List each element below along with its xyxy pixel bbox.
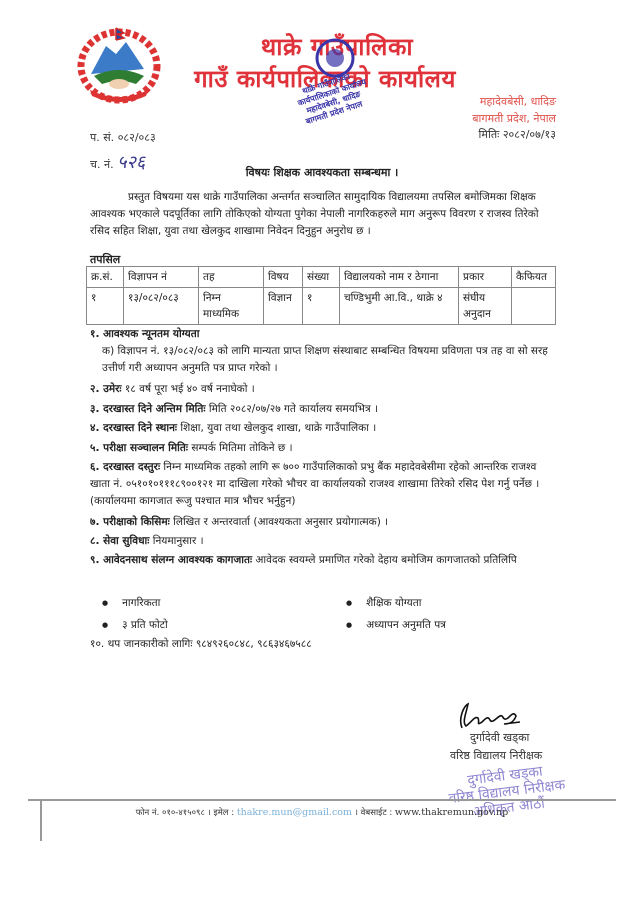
signature-icon bbox=[454, 700, 524, 734]
table-cell bbox=[512, 288, 556, 325]
contact-label: १०. थप जानकारीको लागिः bbox=[90, 638, 192, 650]
table-heading: तपसिल bbox=[90, 252, 120, 267]
office-address-line1: महादेवबेसी, धादिङ bbox=[480, 94, 556, 109]
table-header-row: क्र.सं. विज्ञापन नं तह विषय संख्या विद्य… bbox=[87, 267, 556, 288]
table-cell: चण्डिभुमी आ.वि., थाक्रे ४ bbox=[340, 288, 459, 325]
item-label: ८. सेवा सुविधाः bbox=[90, 535, 149, 547]
item-text: मिति २०८२/०७/२७ गते कार्यालय समयभित्र । bbox=[209, 403, 378, 415]
column-header: कैफियत bbox=[512, 267, 556, 288]
column-header: तह bbox=[199, 267, 264, 288]
item-exam-type: ७. परीक्षाको किसिमः लिखित र अन्तरवार्ता … bbox=[90, 514, 552, 531]
item-label: ३. दरखास्त दिने अन्तिम मितिः bbox=[90, 403, 206, 415]
item-label: ९. आवेदनसाथ संलग्न आवश्यक कागजातः bbox=[90, 554, 252, 566]
table-cell: संघीय अनुदान bbox=[459, 288, 512, 325]
table-cell: १ bbox=[87, 288, 124, 325]
table-cell: १ bbox=[303, 288, 340, 325]
document-list-item: शैक्षिक योग्यता bbox=[346, 596, 421, 610]
item-label: ४. दरखास्त दिने स्थानः bbox=[90, 422, 177, 434]
item-exam-date: ५. परीक्षा सञ्चालन मितिः सम्पर्क मितिमा … bbox=[90, 440, 552, 457]
office-stamp-icon: थाक्रे गाउँपालिका कार्यपालिकाको कार्यालय… bbox=[290, 36, 380, 126]
footer-email-label: इमेल : bbox=[214, 808, 235, 818]
footer-divider bbox=[28, 799, 616, 801]
item-fee: ६. दरखास्त दस्तुरः निम्न माध्यमिक तहको ल… bbox=[90, 459, 552, 510]
table-cell: निम्न माध्यमिक bbox=[199, 288, 264, 325]
intro-paragraph: प्रस्तुत विषयमा यस थाक्रे गाउँपालिका अन्… bbox=[90, 189, 552, 240]
ref-label: प. सं. bbox=[90, 131, 114, 144]
reference-number: प. सं. ०८२/०८३ bbox=[90, 130, 156, 145]
footer-email-link[interactable]: thakre.mun@gmail.com bbox=[237, 807, 352, 818]
item-benefits: ८. सेवा सुविधाः नियमानुसार । bbox=[90, 533, 552, 550]
item-deadline: ३. दरखास्त दिने अन्तिम मितिः मिति २०८२/०… bbox=[90, 401, 552, 418]
date-value: २०८२/०७/१३ bbox=[503, 128, 556, 141]
item-text: १८ वर्ष पूरा भई ४० वर्ष ननाघेको । bbox=[125, 383, 255, 395]
document-list-item: अध्यापन अनुमति पत्र bbox=[346, 618, 446, 632]
office-address-line2: बागमती प्रदेश, नेपाल bbox=[472, 111, 556, 126]
item-age: २. उमेरः १८ वर्ष पूरा भई ४० वर्ष ननाघेको… bbox=[90, 381, 552, 398]
column-header: विज्ञापन नं bbox=[124, 267, 199, 288]
column-header: क्र.सं. bbox=[87, 267, 124, 288]
footer-website-label: । वेबसाईट : bbox=[355, 808, 392, 818]
vacancy-table: क्र.सं. विज्ञापन नं तह विषय संख्या विद्य… bbox=[86, 266, 556, 325]
item-location: ४. दरखास्त दिने स्थानः शिक्षा, युवा तथा … bbox=[90, 420, 552, 437]
column-header: विषय bbox=[264, 267, 303, 288]
ref-value: ०८२/०८३ bbox=[118, 131, 156, 144]
item-text: लिखित र अन्तरवार्ता (आवश्यकता अनुसार प्र… bbox=[173, 516, 388, 528]
item-label: २. उमेरः bbox=[90, 383, 122, 395]
item-text: नियमानुसार । bbox=[153, 535, 204, 547]
item-text: आवेदक स्वयम्ले प्रमाणित गरेको देहाय बमोज… bbox=[255, 554, 516, 566]
item-documents: ९. आवेदनसाथ संलग्न आवश्यक कागजातः आवेदक … bbox=[90, 552, 552, 569]
item-label: क) bbox=[102, 345, 114, 357]
item-qualification-a: क) विज्ञापन नं. १३/०८२/०८३ को लागि मान्य… bbox=[102, 343, 552, 377]
column-header: संख्या bbox=[303, 267, 340, 288]
contact-phones: ९८४९२६०८४८, ९८६३४६७५८८ bbox=[196, 638, 312, 650]
table-row: १ १३/०८२/०८३ निम्न माध्यमिक विज्ञान १ चण… bbox=[87, 288, 556, 325]
item-label: ५. परीक्षा सञ्चालन मितिः bbox=[90, 442, 188, 454]
letter-subject: विषयः शिक्षक आवश्यकता सम्बन्धमा । bbox=[0, 165, 644, 180]
document-list-item: ३ प्रति फोटो bbox=[102, 618, 168, 632]
document-list-item: नागरिकता bbox=[102, 596, 160, 610]
table-cell: १३/०८२/०८३ bbox=[124, 288, 199, 325]
item-text: शिक्षा, युवा तथा खेलकुद शाखा, थाक्रे गाउ… bbox=[180, 422, 376, 434]
footer-contact: फोन नं. ०१०-४१५०९८ । इमेल : thakre.mun@g… bbox=[0, 807, 644, 818]
column-header: प्रकार bbox=[459, 267, 512, 288]
signatory-name: दुर्गादेवी खड्का bbox=[470, 730, 529, 745]
date-label: मितिः bbox=[479, 128, 500, 141]
item-label: ७. परीक्षाको किसिमः bbox=[90, 516, 170, 528]
item-qualification: १. आवश्यक न्यूनतम योग्यता bbox=[90, 326, 552, 343]
signatory-title: वरिष्ठ विद्यालय निरीक्षक bbox=[450, 748, 542, 763]
item-contact: १०. थप जानकारीको लागिः ९८४९२६०८४८, ९८६३४… bbox=[90, 636, 552, 653]
item-text: विज्ञापन नं. १३/०८२/०८३ को लागि मान्यता … bbox=[102, 345, 548, 374]
column-header: विद्यालयको नाम र ठेगाना bbox=[340, 267, 459, 288]
footer-website-link[interactable]: www.thakremun.gov.np bbox=[395, 807, 508, 818]
footer-phone: फोन नं. ०१०-४१५०९८ । bbox=[136, 808, 211, 818]
item-label: १. आवश्यक न्यूनतम योग्यता bbox=[90, 328, 199, 340]
item-label: ६. दरखास्त दस्तुरः bbox=[90, 461, 160, 473]
table-cell: विज्ञान bbox=[264, 288, 303, 325]
letter-date: मितिः २०८२/०७/१३ bbox=[479, 127, 556, 142]
item-text: सम्पर्क मितिमा तोकिने छ । bbox=[191, 442, 292, 454]
